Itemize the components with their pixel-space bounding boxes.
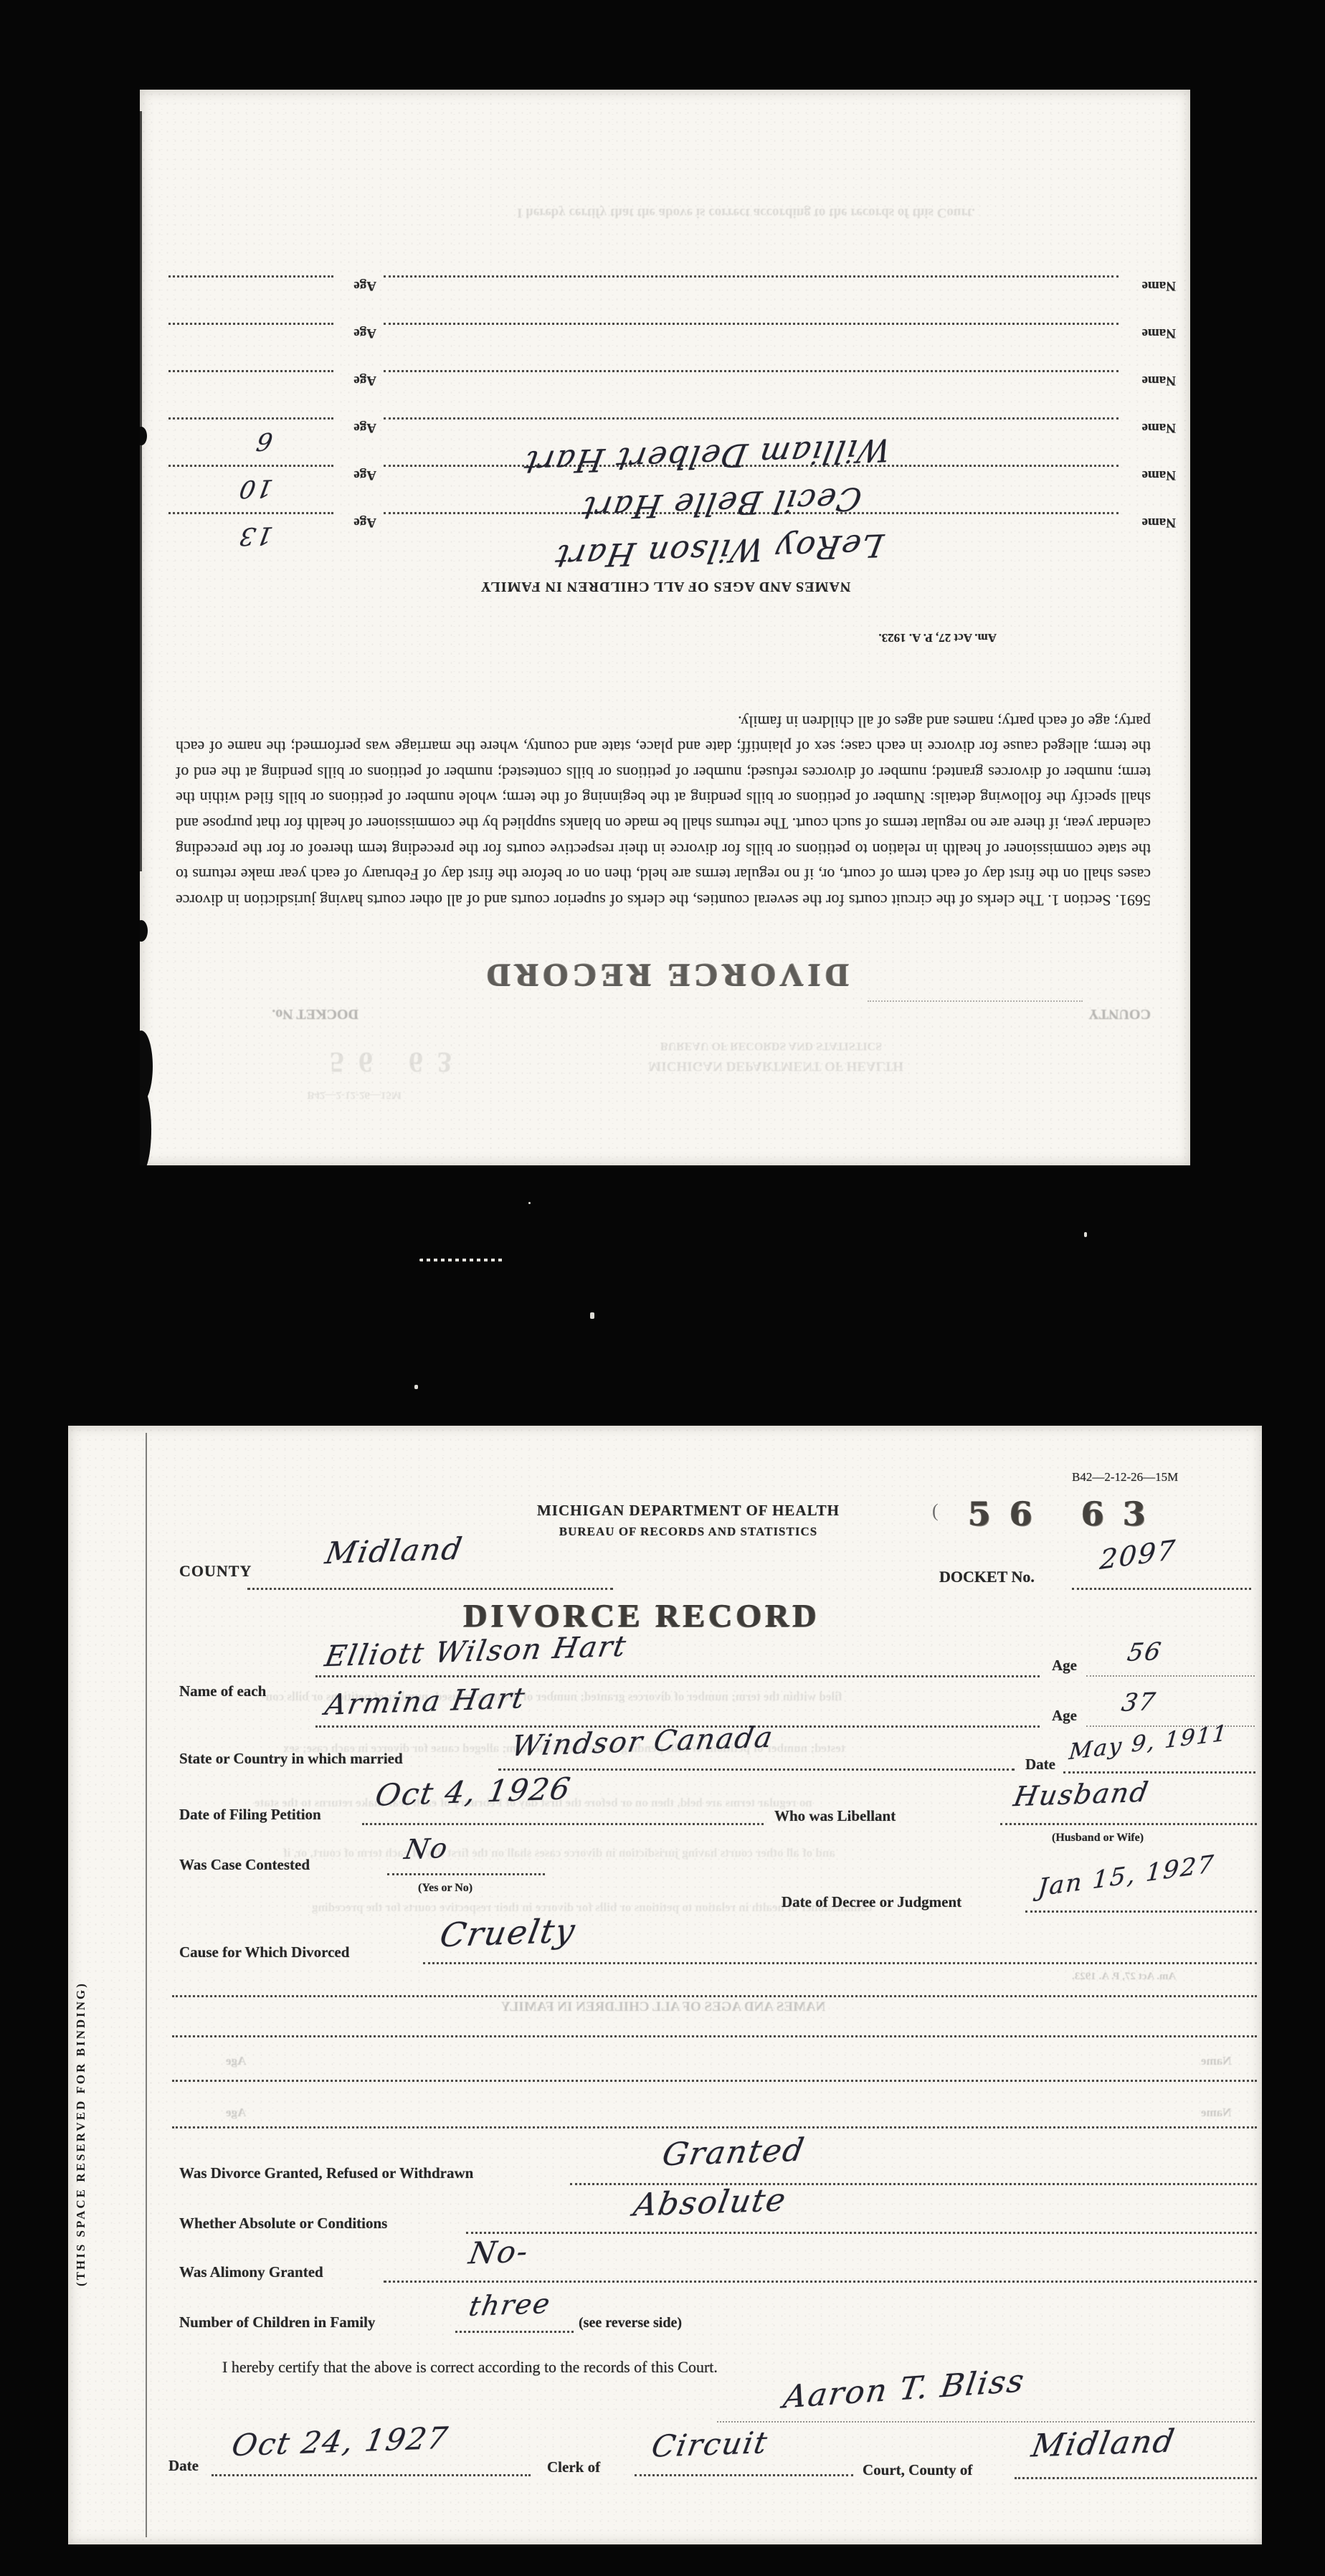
age-bleed-label: Age [226,2054,246,2068]
front-page-scan: (THIS SPACE RESERVED FOR BINDING) B42—2-… [68,1426,1262,2544]
form-code-bleed: B42—2-12-26—15M [307,1089,402,1101]
libellant-entry: Husband [1011,1776,1151,1812]
children-hint: (see reverse side) [579,2315,682,2331]
age-line [168,465,333,467]
date-entry: Oct 24, 1927 [229,2420,452,2463]
clerk-of-label: Clerk of [547,2458,600,2476]
age-label: Age [353,372,376,388]
bureau-name: BUREAU OF RECORDS AND STATISTICS [402,1525,975,1539]
alimony-label: Was Alimony Granted [179,2263,323,2281]
wife-name-entry: Armina Hart [323,1682,528,1722]
court-county-line [1015,2477,1257,2479]
age-label: Age [353,467,376,483]
scratch-speck [419,1259,505,1261]
name-line [384,323,1119,325]
children-count-line [455,2331,574,2333]
court-county-label: Court, County of [863,2461,972,2479]
child-name-entry: LeRoy Wilson Hart [551,526,886,574]
children-count-label: Number of Children in Family [179,2314,375,2331]
bleed-row-line [172,1995,1257,1997]
back-page-rotated-content: B42—2-12-26—15M MICHIGAN DEPARTMENT OF H… [140,90,1190,1165]
married-date-line [1063,1771,1255,1774]
signature-line [717,2421,1255,2423]
name-line [384,417,1119,420]
age-line [168,323,333,325]
docket-stamp-bleed: 56 63 [330,1046,466,1079]
decree-date-entry: Jan 15, 1927 [1037,1850,1216,1902]
age-label: Age [353,514,376,530]
front-title: DIVORCE RECORD [369,1596,914,1634]
statute-paragraph: 5691. Section 1. The clerks of the circu… [176,709,1151,913]
docket-stamp: 56 63 [968,1495,1164,1533]
name-line [384,370,1119,372]
wife-age-label: Age [1052,1707,1077,1725]
wife-age-entry: 37 [1119,1687,1159,1718]
filing-label: Date of Filing Petition [179,1806,321,1824]
child-age-entry: 6 [253,427,275,456]
granted-line [570,2183,1257,2185]
husband-age-entry: 56 [1125,1637,1164,1667]
alimony-entry: No- [466,2234,531,2271]
docket-label: DOCKET No. [939,1568,1035,1586]
name-label: Name [1142,325,1176,341]
act-citation-bleed: Am. Act 27, P. A. 1923. [1072,1971,1176,1983]
dust-speck [590,1312,594,1319]
married-date-entry: May 9, 1911 [1068,1720,1229,1765]
absolute-line [466,2232,1257,2234]
county-line-bleed [868,1000,1083,1002]
docket-line [1072,1588,1251,1590]
docket-entry: 2097 [1098,1534,1177,1576]
children-header: NAMES AND AGES OF ALL CHILDREN IN FAMILY [307,578,1024,595]
absolute-label: Whether Absolute or Conditions [179,2215,387,2232]
back-page-scan: B42—2-12-26—15M MICHIGAN DEPARTMENT OF H… [140,90,1190,1165]
certify-text-bleed: I hereby certify that the above is corre… [517,204,975,220]
scan-edge-streak [140,111,142,871]
granted-entry: Granted [660,2132,808,2174]
act-citation: Am. Act 27, P. A. 1923. [878,630,997,645]
bleed-row-line [172,2035,1257,2037]
bleed-row-line [172,2080,1257,2082]
bureau-name-bleed: BUREAU OF RECORDS AND STATISTICS [660,1039,882,1052]
dust-speck [528,1202,531,1204]
dust-speck [414,1385,418,1389]
child-name-entry: Cecil Belle Hart [578,480,865,526]
cause-label: Cause for Which Divorced [179,1943,349,1961]
county-label-bleed: COUNTY [1088,1005,1151,1022]
contested-line [387,1873,545,1875]
child-age-entry: 13 [236,521,275,551]
age-line [168,275,333,278]
married-label: State or Country in which married [179,1750,403,1768]
docket-label-bleed: DOCKET No. [272,1005,358,1022]
name-label: Name [1142,420,1176,435]
absolute-entry: Absolute [631,2182,790,2223]
form-code: B42—2-12-26—15M [1072,1470,1178,1484]
age-label: Age [353,325,376,341]
husband-age-line [1086,1675,1255,1677]
child-name-entry: William Delbert Hart [520,431,893,480]
court-county-entry: Midland [1029,2423,1179,2465]
contested-hint: (Yes or No) [418,1882,472,1895]
libellant-line [1000,1823,1257,1825]
date-label: Date [168,2457,199,2475]
binding-note: (THIS SPACE RESERVED FOR BINDING) [74,1784,88,2286]
age-line [168,417,333,420]
county-label: COUNTY [179,1562,252,1581]
back-title: DIVORCE RECORD [307,957,1024,995]
dept-name: MICHIGAN DEPARTMENT OF HEALTH [402,1502,975,1520]
filing-date-entry: Oct 4, 1926 [373,1771,574,1812]
cause-entry: Cruelty [437,1911,579,1955]
county-line [247,1588,613,1590]
stamp-tick: ( [932,1500,939,1522]
age-label: Age [353,278,376,293]
clerk-of-line [635,2474,853,2476]
age-bleed-label: Age [226,2106,246,2120]
married-date-label: Date [1025,1756,1055,1774]
name-label: Name [1142,514,1176,530]
decree-line [1025,1910,1257,1913]
contested-label: Was Case Contested [179,1856,310,1874]
contested-entry: No [402,1832,451,1865]
husband-name-line [315,1675,1040,1677]
name-label: Name [1142,467,1176,483]
age-label: Age [353,420,376,435]
statute-bleed-line: and of all other courts having jurisdict… [283,1846,835,1860]
children-header-bleed: NAMES AND AGES OF ALL CHILDREN IN FAMILY [341,1999,986,2015]
clerk-signature: Aaron T. Bliss [781,2362,1027,2415]
name-bleed-label: Name [1201,2054,1231,2068]
libellant-label: Who was Libellant [774,1807,896,1825]
name-line [384,275,1119,278]
granted-label: Was Divorce Granted, Refused or Withdraw… [179,2164,473,2182]
certify-text: I hereby certify that the above is corre… [222,2358,718,2377]
married-line [498,1768,1015,1771]
husband-age-label: Age [1052,1657,1077,1675]
husband-name-entry: Elliott Wilson Hart [322,1630,630,1674]
decree-label: Date of Decree or Judgment [782,1893,961,1911]
county-entry: Midland [323,1531,466,1571]
dept-name-bleed: MICHIGAN DEPARTMENT OF HEALTH [648,1058,903,1074]
age-line [168,370,333,372]
cause-line [423,1962,1257,1964]
filing-line [362,1823,764,1825]
left-rule [146,1433,147,2537]
name-bleed-label: Name [1201,2106,1231,2120]
age-line [168,512,333,514]
clerk-of-entry: Circuit [649,2425,771,2464]
child-age-entry: 10 [236,473,275,503]
children-count-entry: three [467,2288,554,2322]
alimony-line [384,2281,1257,2283]
name-of-each-label: Name of each [179,1682,266,1700]
dust-speck [1084,1232,1087,1237]
date-line [212,2474,531,2476]
name-label: Name [1142,278,1176,293]
bleed-row-line [172,2126,1257,2128]
libellant-hint: (Husband or Wife) [1052,1832,1144,1845]
scanned-divorce-record: { "scan": { "back": { "form_code": "B42—… [0,0,1325,2576]
name-label: Name [1142,372,1176,388]
